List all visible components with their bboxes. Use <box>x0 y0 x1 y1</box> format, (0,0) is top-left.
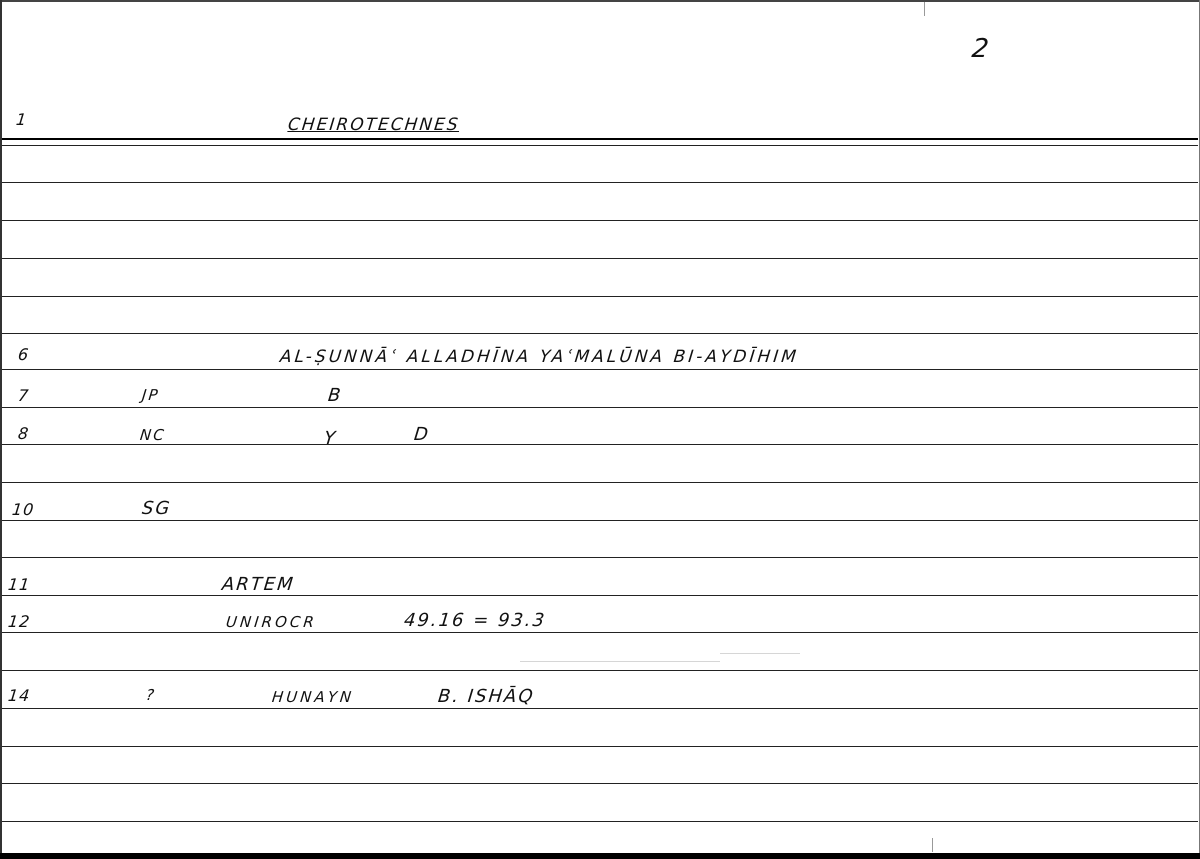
ruled-line <box>2 520 1198 521</box>
ruled-line <box>2 258 1198 259</box>
entry-text: ARTEM <box>221 576 296 594</box>
ruled-line <box>2 145 1198 146</box>
entry-text: Y <box>323 430 338 448</box>
ruled-line <box>2 182 1198 183</box>
entry-title: CHEIROTECHNES <box>287 117 460 134</box>
entry-code: ? <box>145 688 157 703</box>
entry-text: AL-ṢUNNĀʿ ALLADHĪNA YAʿMALŪNA BI-AYDĪHIM <box>279 349 800 366</box>
ruled-line <box>2 407 1198 408</box>
line-number: 8 <box>17 426 30 442</box>
index-card: 2 1 CHEIROTECHNES 6 AL-ṢUNNĀʿ ALLADHĪNA … <box>0 0 1200 859</box>
entry-extra: D <box>413 426 431 444</box>
ruled-line <box>2 783 1198 784</box>
ruled-line <box>2 138 1198 140</box>
card-top-edge <box>0 0 1200 2</box>
scan-bottom-edge <box>0 853 1200 859</box>
entry-code: NC <box>139 428 166 443</box>
entry-formula: 49.16 = 93.3 <box>403 612 547 630</box>
line-number: 1 <box>15 112 28 128</box>
entry-text: HUNAYN <box>271 690 355 705</box>
line-number: 14 <box>7 688 31 704</box>
ruled-line <box>2 296 1198 297</box>
ruled-line <box>2 482 1198 483</box>
ruled-line <box>2 220 1198 221</box>
entry-code: SG <box>141 500 172 518</box>
line-number: 11 <box>7 577 31 593</box>
page-number: 2 <box>971 36 992 62</box>
entry-code: JP <box>141 388 160 403</box>
ruled-line <box>2 670 1198 671</box>
ruled-line <box>2 632 1198 633</box>
ruled-line <box>2 369 1198 370</box>
scan-mark <box>932 838 933 852</box>
card-left-edge <box>0 0 2 853</box>
line-number: 7 <box>17 388 30 404</box>
scan-noise <box>720 653 800 654</box>
ruled-line <box>2 333 1198 334</box>
entry-extra: B. ISHĀQ <box>437 688 535 706</box>
scan-mark <box>924 2 925 16</box>
ruled-line <box>2 708 1198 709</box>
line-number: 6 <box>17 347 30 363</box>
scan-noise <box>520 661 720 662</box>
line-number: 12 <box>7 614 31 630</box>
line-number: 10 <box>11 502 35 518</box>
ruled-line <box>2 444 1198 445</box>
ruled-line <box>2 595 1198 596</box>
entry-text: B <box>327 387 343 405</box>
ruled-line <box>2 746 1198 747</box>
entry-text: UNIROCR <box>225 615 317 630</box>
ruled-line <box>2 557 1198 558</box>
ruled-line <box>2 821 1198 822</box>
